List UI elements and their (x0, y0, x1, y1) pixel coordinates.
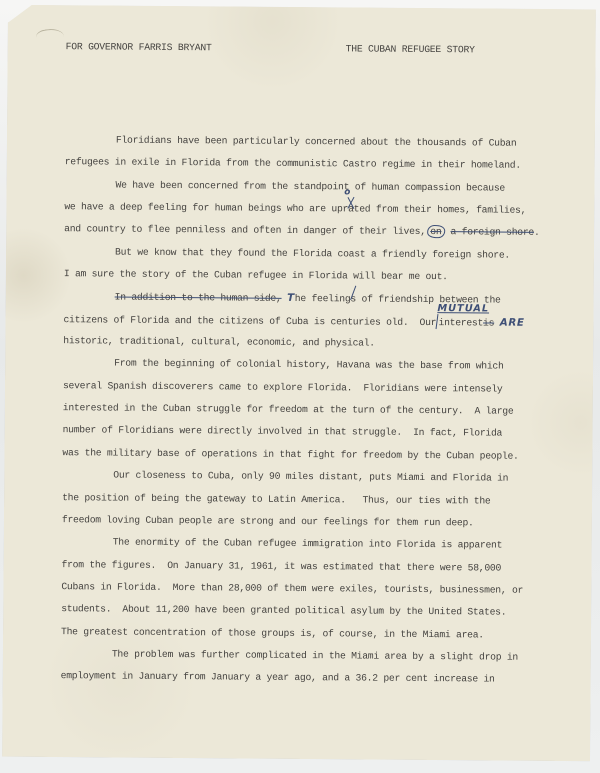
typed-text: I am sure the story of the Cuban refugee… (64, 268, 448, 282)
typed-text: refugees in exile in Florida from the co… (65, 156, 521, 171)
pencil-mark (35, 27, 64, 39)
typed-text: historic, traditional, cultural, economi… (63, 335, 375, 348)
typed-text: students. About 11,200 have been granted… (61, 603, 506, 617)
edit-slash: s (350, 289, 356, 311)
typed-text: From the beginning of colonial history, … (114, 358, 504, 372)
paper: FOR GOVERNOR FARRIS BRYANT THE CUBAN REF… (2, 5, 596, 762)
document-line: students. About 11,200 have been granted… (61, 598, 561, 624)
typed-text: We have been concerned from the standpoi… (116, 179, 506, 193)
typed-text: The problem was further complicated in t… (112, 648, 518, 662)
page-title: THE CUBAN REFUGEE STORY (346, 43, 475, 55)
edit-strike: In addition to the human side, (115, 292, 282, 304)
edit-strike: a foreign shore (450, 227, 534, 239)
edit-circle: on (427, 225, 445, 238)
typed-text: The enormity of the Cuban refugee immigr… (113, 537, 503, 551)
typed-text: he feeling (295, 293, 351, 304)
typed-text: and country to flee penniless and often … (64, 224, 426, 238)
typed-text: The greatest concentration of those grou… (61, 626, 484, 640)
document-body: Floridians have been particularly concer… (61, 129, 565, 692)
typed-text: several Spanish discoverers came to expl… (63, 380, 503, 394)
typed-text: But we know that they found the Florida … (115, 246, 510, 260)
document-line: The enormity of the Cuban refugee immigr… (62, 531, 562, 557)
typed-text: from the figures. On January 31, 1961, i… (62, 559, 502, 573)
typed-text: . (534, 227, 540, 238)
document-line: Our closeness to Cuba, only 90 miles dis… (62, 464, 562, 490)
typed-text: Our closeness to Cuba, only 90 miles dis… (113, 470, 508, 484)
scan-background: { "colors":{"pen_ink":"#3e4f76","typed_i… (0, 0, 600, 773)
edit-pen: ARE (500, 316, 525, 328)
document-line: employment in January from January a yea… (61, 665, 561, 691)
typed-text: number of Floridians were directly invol… (63, 425, 503, 439)
header-recipient: FOR GOVERNOR FARRIS BRYANT (66, 41, 212, 53)
typed-text: Floridians have been particularly concer… (116, 135, 517, 149)
typed-text: freedom loving Cuban people are strong a… (62, 514, 474, 528)
typed-text: Cubans in Florida. More than 28,000 of t… (61, 581, 523, 596)
edit-x: a (348, 198, 354, 220)
typed-text: employment in January from January a yea… (61, 670, 495, 684)
typed-text: ted from their homes, families, (354, 203, 527, 215)
typed-text: citizens of Florida and the citizens of … (63, 314, 436, 328)
typed-text: the position of being the gateway to Lat… (62, 492, 490, 506)
typed-text: was the military base of operations in t… (62, 447, 518, 462)
typed-text: interested in the Cuban struggle for fre… (63, 402, 514, 417)
typed-text: we have a deep feeling for human beings … (64, 201, 348, 214)
